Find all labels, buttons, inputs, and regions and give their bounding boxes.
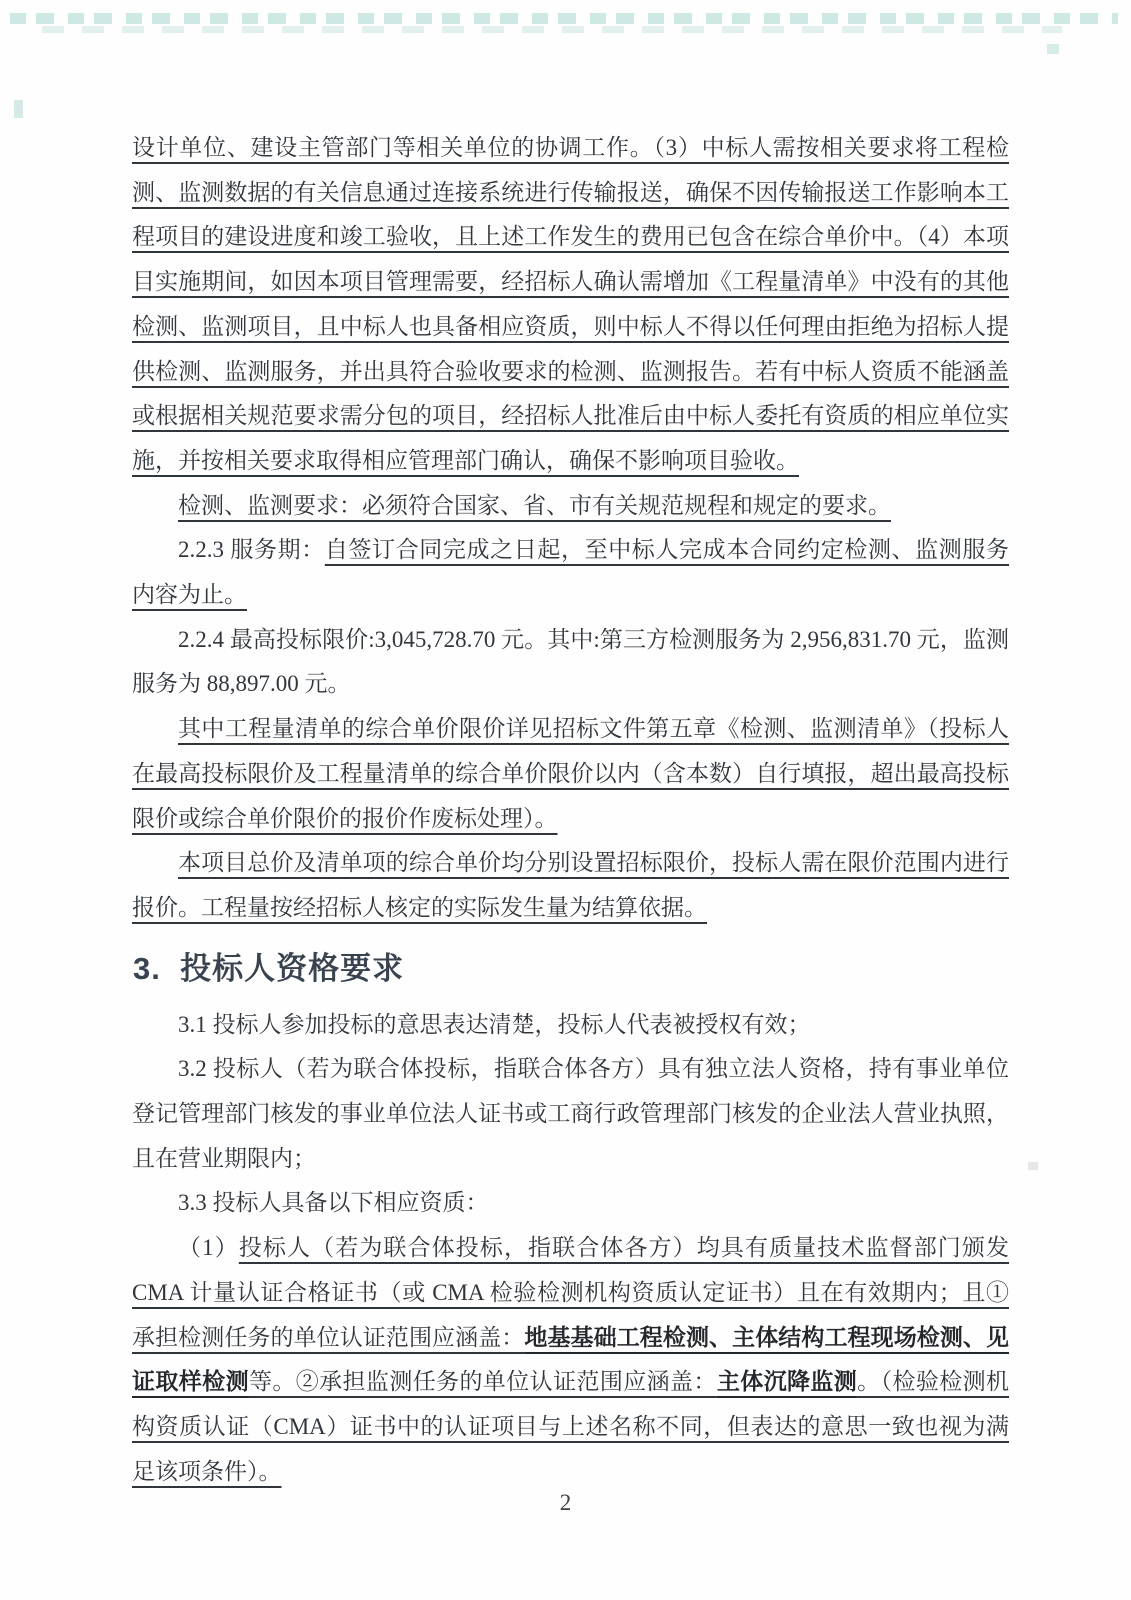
underlined-text: 其中工程量清单的综合单价限价详见招标文件第五章《检测、监测清单》（投标人在最高投… (132, 716, 1009, 830)
scan-artifact (10, 13, 1118, 24)
paragraph: （1）投标人（若为联合体投标，指联合体各方）均具有质量技术监督部门颁发 CMA … (132, 1226, 1009, 1494)
body-text: 3.2 投标人（若为联合体投标，指联合体各方）具有独立法人资格，持有事业单位登记… (132, 1056, 1009, 1170)
scan-artifact (1047, 44, 1059, 54)
paragraph: 3.3 投标人具备以下相应资质： (132, 1181, 1009, 1226)
emphasis-text: 主体沉降监测 (717, 1369, 857, 1394)
body-text: 2.2.4 最高投标限价:3,045,728.70 元。其中:第三方检测服务为 … (132, 627, 1009, 697)
paragraph: 其中工程量清单的综合单价限价详见招标文件第五章《检测、监测清单》（投标人在最高投… (132, 707, 1009, 841)
body-text: （1） (178, 1235, 239, 1260)
section-heading: 3. 投标人资格要求 (133, 947, 1009, 991)
underlined-text: 检测、监测要求：必须符合国家、省、市有关规范规程和规定的要求。 (178, 493, 891, 518)
page-footer: 2 (0, 1490, 1131, 1516)
document-content: 设计单位、建设主管部门等相关单位的协调工作。（3）中标人需按相关要求将工程检测、… (132, 126, 1009, 1494)
scan-artifact (42, 26, 1062, 33)
paragraph: 3.1 投标人参加投标的意思表达清楚，投标人代表被授权有效； (132, 1003, 1009, 1048)
page-number: 2 (560, 1490, 572, 1515)
body-text: 3.1 投标人参加投标的意思表达清楚，投标人代表被授权有效； (178, 1012, 811, 1037)
paragraph: 检测、监测要求：必须符合国家、省、市有关规范规程和规定的要求。 (132, 484, 1009, 529)
paragraph: 2.2.3 服务期：自签订合同完成之日起，至中标人完成本合同约定检测、监测服务内… (132, 528, 1009, 617)
document-page: 设计单位、建设主管部门等相关单位的协调工作。（3）中标人需按相关要求将工程检测、… (0, 0, 1131, 1600)
body-text: 3.3 投标人具备以下相应资质： (178, 1190, 489, 1215)
paragraph: 本项目总价及清单项的综合单价均分别设置招标限价，投标人需在限价范围内进行报价。工… (132, 841, 1009, 930)
paragraph: 2.2.4 最高投标限价:3,045,728.70 元。其中:第三方检测服务为 … (132, 618, 1009, 707)
underlined-text: 设计单位、建设主管部门等相关单位的协调工作。（3）中标人需按相关要求将工程检测、… (132, 135, 1009, 473)
underlined-text: 等。②承担监测任务的单位认证范围应涵盖： (249, 1369, 717, 1394)
paragraph: 3.2 投标人（若为联合体投标，指联合体各方）具有独立法人资格，持有事业单位登记… (132, 1047, 1009, 1181)
body-text: 2.2.3 服务期： (178, 537, 325, 562)
paragraph: 设计单位、建设主管部门等相关单位的协调工作。（3）中标人需按相关要求将工程检测、… (132, 126, 1009, 484)
scan-artifact (14, 100, 23, 118)
underlined-text: 本项目总价及清单项的综合单价均分别设置招标限价，投标人需在限价范围内进行报价。工… (132, 850, 1009, 920)
scan-artifact (1028, 1162, 1038, 1170)
